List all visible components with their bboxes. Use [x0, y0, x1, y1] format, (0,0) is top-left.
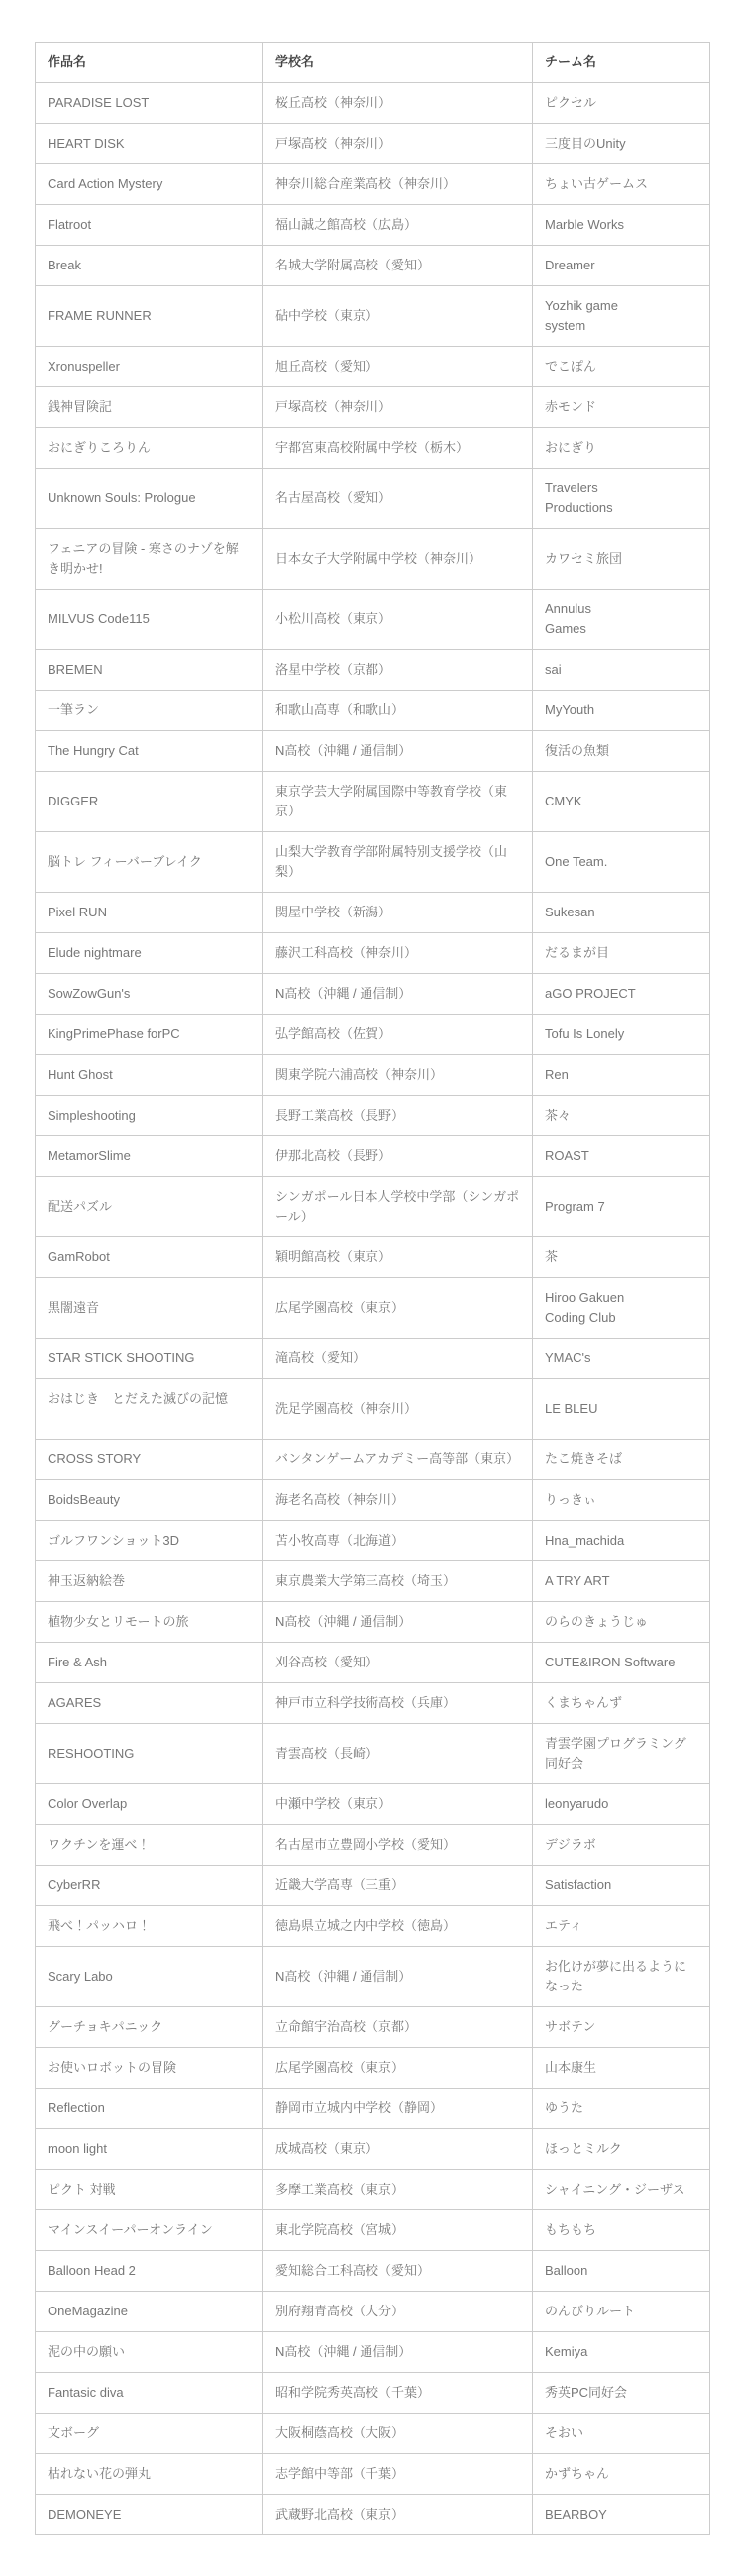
work-cell: RESHOOTING: [36, 1724, 263, 1784]
team-cell: かずちゃん: [533, 2454, 710, 2495]
school-cell: 洗足学園高校（神奈川）: [263, 1379, 533, 1440]
table-row: PARADISE LOST桜丘高校（神奈川）ピクセル: [36, 83, 710, 124]
work-cell: 泥の中の願い: [36, 2332, 263, 2373]
work-cell: MILVUS Code115: [36, 590, 263, 650]
school-cell: N高校（沖縄 / 通信制）: [263, 974, 533, 1015]
school-cell: 福山誠之館高校（広島）: [263, 205, 533, 246]
school-cell: 青雲高校（長崎）: [263, 1724, 533, 1784]
school-cell: 昭和学院秀英高校（千葉）: [263, 2373, 533, 2414]
team-cell: LE BLEU: [533, 1379, 710, 1440]
team-cell: カワセミ旅団: [533, 529, 710, 590]
team-cell: MyYouth: [533, 691, 710, 731]
table-row: フェニアの冒険 - 寒さのナゾを解き明かせ!日本女子大学附属中学校（神奈川）カワ…: [36, 529, 710, 590]
school-cell: 弘学館高校（佐賀）: [263, 1015, 533, 1055]
team-cell: ほっとミルク: [533, 2129, 710, 2170]
school-cell: N高校（沖縄 / 通信制）: [263, 1602, 533, 1643]
team-cell: くまちゃんず: [533, 1683, 710, 1724]
work-cell: CyberRR: [36, 1866, 263, 1906]
school-cell: 徳島県立城之内中学校（徳島）: [263, 1906, 533, 1947]
table-row: 銭神冒険記戸塚高校（神奈川）赤モンド: [36, 387, 710, 428]
work-cell: Scary Labo: [36, 1947, 263, 2007]
team-cell: ゆうた: [533, 2089, 710, 2129]
team-cell: りっきぃ: [533, 1480, 710, 1521]
team-cell: ROAST: [533, 1136, 710, 1177]
team-cell: たこ焼きそば: [533, 1440, 710, 1480]
table-row: BREMEN洛星中学校（京都）sai: [36, 650, 710, 691]
team-cell: Annulus Games: [533, 590, 710, 650]
work-cell: お使いロボットの冒険: [36, 2048, 263, 2089]
team-cell: 赤モンド: [533, 387, 710, 428]
team-cell: sai: [533, 650, 710, 691]
work-cell: Elude nightmare: [36, 933, 263, 974]
work-cell: ピクト 対戦: [36, 2170, 263, 2210]
table-row: Pixel RUN関屋中学校（新潟）Sukesan: [36, 893, 710, 933]
school-cell: 広尾学園高校（東京）: [263, 2048, 533, 2089]
team-cell: aGO PROJECT: [533, 974, 710, 1015]
table-row: Elude nightmare藤沢工科高校（神奈川）だるまが目: [36, 933, 710, 974]
school-cell: 東北学院高校（宮城）: [263, 2210, 533, 2251]
table-row: The Hungry CatN高校（沖縄 / 通信制）復活の魚類: [36, 731, 710, 772]
school-cell: 砧中学校（東京）: [263, 286, 533, 347]
work-cell: HEART DISK: [36, 124, 263, 164]
table-row: Hunt Ghost関東学院六浦高校（神奈川）Ren: [36, 1055, 710, 1096]
team-cell: Kemiya: [533, 2332, 710, 2373]
table-row: 植物少女とリモートの旅N高校（沖縄 / 通信制）のらのきょうじゅ: [36, 1602, 710, 1643]
work-cell: Reflection: [36, 2089, 263, 2129]
table-row: MILVUS Code115小松川高校（東京）Annulus Games: [36, 590, 710, 650]
table-row: Simpleshooting長野工業高校（長野）茶々: [36, 1096, 710, 1136]
work-cell: マインスイーパーオンライン: [36, 2210, 263, 2251]
team-cell: A TRY ART: [533, 1561, 710, 1602]
table-row: ピクト 対戦多摩工業高校（東京）シャイニング・ジーザス: [36, 2170, 710, 2210]
work-cell: 銭神冒険記: [36, 387, 263, 428]
work-cell: Card Action Mystery: [36, 164, 263, 205]
work-cell: OneMagazine: [36, 2292, 263, 2332]
school-cell: 多摩工業高校（東京）: [263, 2170, 533, 2210]
team-cell: Hna_machida: [533, 1521, 710, 1561]
table-row: お使いロボットの冒険広尾学園高校（東京）山本康生: [36, 2048, 710, 2089]
table-row: CROSS STORYバンタンゲームアカデミー高等部（東京）たこ焼きそば: [36, 1440, 710, 1480]
table-row: 文ボーグ大阪桐蔭高校（大阪）そおい: [36, 2414, 710, 2454]
work-cell: The Hungry Cat: [36, 731, 263, 772]
school-cell: 山梨大学教育学部附属特別支援学校（山梨）: [263, 832, 533, 893]
table-row: MetamorSlime伊那北高校（長野）ROAST: [36, 1136, 710, 1177]
team-cell: One Team.: [533, 832, 710, 893]
school-cell: 海老名高校（神奈川）: [263, 1480, 533, 1521]
table-row: CyberRR近畿大学高専（三重）Satisfaction: [36, 1866, 710, 1906]
school-cell: 穎明館高校（東京）: [263, 1237, 533, 1278]
school-cell: 和歌山高専（和歌山）: [263, 691, 533, 731]
school-cell: 名古屋高校（愛知）: [263, 469, 533, 529]
table-row: AGARES神戸市立科学技術高校（兵庫）くまちゃんず: [36, 1683, 710, 1724]
work-cell: SowZowGun's: [36, 974, 263, 1015]
table-row: OneMagazine別府翔青高校（大分）のんびりルート: [36, 2292, 710, 2332]
team-cell: Yozhik game system: [533, 286, 710, 347]
work-cell: ワクチンを運べ！: [36, 1825, 263, 1866]
school-cell: 桜丘高校（神奈川）: [263, 83, 533, 124]
table-row: 泥の中の願いN高校（沖縄 / 通信制）Kemiya: [36, 2332, 710, 2373]
school-cell: 立命館宇治高校（京都）: [263, 2007, 533, 2048]
team-cell: Sukesan: [533, 893, 710, 933]
team-cell: のんびりルート: [533, 2292, 710, 2332]
work-cell: BREMEN: [36, 650, 263, 691]
work-cell: GamRobot: [36, 1237, 263, 1278]
work-cell: MetamorSlime: [36, 1136, 263, 1177]
table-row: Card Action Mystery神奈川総合産業高校（神奈川）ちょい古ゲーム…: [36, 164, 710, 205]
table-row: 神玉返納絵巻東京農業大学第三高校（埼玉）A TRY ART: [36, 1561, 710, 1602]
table-row: DIGGER東京学芸大学附属国際中等教育学校（東京）CMYK: [36, 772, 710, 832]
team-cell: おにぎり: [533, 428, 710, 469]
work-cell: Hunt Ghost: [36, 1055, 263, 1096]
team-cell: 三度目のUnity: [533, 124, 710, 164]
work-cell: DIGGER: [36, 772, 263, 832]
work-cell: Unknown Souls: Prologue: [36, 469, 263, 529]
school-cell: 長野工業高校（長野）: [263, 1096, 533, 1136]
work-cell: DEMONEYE: [36, 2495, 263, 2535]
work-cell: CROSS STORY: [36, 1440, 263, 1480]
work-cell: Fire & Ash: [36, 1643, 263, 1683]
school-cell: 日本女子大学附属中学校（神奈川）: [263, 529, 533, 590]
work-cell: Pixel RUN: [36, 893, 263, 933]
work-cell: Fantasic diva: [36, 2373, 263, 2414]
table-row: Flatroot福山誠之館高校（広島）Marble Works: [36, 205, 710, 246]
work-cell: 神玉返納絵巻: [36, 1561, 263, 1602]
work-cell: 飛べ！パッハロ！: [36, 1906, 263, 1947]
school-cell: 東京学芸大学附属国際中等教育学校（東京）: [263, 772, 533, 832]
team-cell: Balloon: [533, 2251, 710, 2292]
table-row: Balloon Head 2愛知総合工科高校（愛知）Balloon: [36, 2251, 710, 2292]
column-header-school: 学校名: [263, 43, 533, 83]
work-cell: 脳トレ フィーバーブレイク: [36, 832, 263, 893]
table-row: 枯れない花の弾丸志学館中等部（千葉）かずちゃん: [36, 2454, 710, 2495]
table-row: 飛べ！パッハロ！徳島県立城之内中学校（徳島）エティ: [36, 1906, 710, 1947]
team-cell: のらのきょうじゅ: [533, 1602, 710, 1643]
table-row: Reflection静岡市立城内中学校（静岡）ゆうた: [36, 2089, 710, 2129]
team-cell: だるまが目: [533, 933, 710, 974]
table-row: Scary LaboN高校（沖縄 / 通信制）お化けが夢に出るようになった: [36, 1947, 710, 2007]
table-row: ワクチンを運べ！名古屋市立豊岡小学校（愛知）デジラボ: [36, 1825, 710, 1866]
team-cell: 復活の魚類: [533, 731, 710, 772]
team-cell: シャイニング・ジーザス: [533, 2170, 710, 2210]
work-cell: moon light: [36, 2129, 263, 2170]
school-cell: 旭丘高校（愛知）: [263, 347, 533, 387]
team-cell: Tofu Is Lonely: [533, 1015, 710, 1055]
work-cell: FRAME RUNNER: [36, 286, 263, 347]
work-cell: Color Overlap: [36, 1784, 263, 1825]
school-cell: 静岡市立城内中学校（静岡）: [263, 2089, 533, 2129]
school-cell: 名城大学附属高校（愛知）: [263, 246, 533, 286]
team-cell: サボテン: [533, 2007, 710, 2048]
table-row: 脳トレ フィーバーブレイク山梨大学教育学部附属特別支援学校（山梨）One Tea…: [36, 832, 710, 893]
table-row: Break名城大学附属高校（愛知）Dreamer: [36, 246, 710, 286]
team-cell: デジラボ: [533, 1825, 710, 1866]
work-cell: グーチョキパニック: [36, 2007, 263, 2048]
table-row: STAR STICK SHOOTING滝高校（愛知）YMAC's: [36, 1339, 710, 1379]
table-row: Fantasic diva昭和学院秀英高校（千葉）秀英PC同好会: [36, 2373, 710, 2414]
table-row: 一筆ラン和歌山高専（和歌山）MyYouth: [36, 691, 710, 731]
table-row: moon light成城高校（東京）ほっとミルク: [36, 2129, 710, 2170]
school-cell: 名古屋市立豊岡小学校（愛知）: [263, 1825, 533, 1866]
school-cell: 成城高校（東京）: [263, 2129, 533, 2170]
table-row: FRAME RUNNER砧中学校（東京）Yozhik game system: [36, 286, 710, 347]
work-cell: おはじき とだえた滅びの記憶: [36, 1379, 263, 1440]
team-cell: ピクセル: [533, 83, 710, 124]
team-cell: 茶々: [533, 1096, 710, 1136]
column-header-team: チーム名: [533, 43, 710, 83]
work-cell: Simpleshooting: [36, 1096, 263, 1136]
work-cell: STAR STICK SHOOTING: [36, 1339, 263, 1379]
school-cell: 広尾学園高校（東京）: [263, 1278, 533, 1339]
work-cell: 黒闇遠音: [36, 1278, 263, 1339]
team-cell: Dreamer: [533, 246, 710, 286]
school-cell: 神奈川総合産業高校（神奈川）: [263, 164, 533, 205]
school-cell: N高校（沖縄 / 通信制）: [263, 2332, 533, 2373]
school-cell: 別府翔青高校（大分）: [263, 2292, 533, 2332]
team-cell: でこぽん: [533, 347, 710, 387]
work-cell: 配送パズル: [36, 1177, 263, 1237]
team-cell: Satisfaction: [533, 1866, 710, 1906]
school-cell: 中瀬中学校（東京）: [263, 1784, 533, 1825]
table-row: おはじき とだえた滅びの記憶 洗足学園高校（神奈川）LE BLEU: [36, 1379, 710, 1440]
table-row: GamRobot穎明館高校（東京）茶: [36, 1237, 710, 1278]
work-cell: 文ボーグ: [36, 2414, 263, 2454]
team-cell: そおい: [533, 2414, 710, 2454]
team-cell: 茶: [533, 1237, 710, 1278]
school-cell: 神戸市立科学技術高校（兵庫）: [263, 1683, 533, 1724]
header-row: 作品名 学校名 チーム名: [36, 43, 710, 83]
entries-table: 作品名 学校名 チーム名 PARADISE LOST桜丘高校（神奈川）ピクセルH…: [35, 42, 710, 2535]
school-cell: 戸塚高校（神奈川）: [263, 387, 533, 428]
school-cell: 宇都宮東高校附属中学校（栃木）: [263, 428, 533, 469]
table-row: Fire & Ash刈谷高校（愛知）CUTE&IRON Software: [36, 1643, 710, 1683]
team-cell: Program 7: [533, 1177, 710, 1237]
work-cell: KingPrimePhase forPC: [36, 1015, 263, 1055]
work-cell: PARADISE LOST: [36, 83, 263, 124]
work-cell: おにぎりころりん: [36, 428, 263, 469]
table-header: 作品名 学校名 チーム名: [36, 43, 710, 83]
work-cell: フェニアの冒険 - 寒さのナゾを解き明かせ!: [36, 529, 263, 590]
school-cell: 大阪桐蔭高校（大阪）: [263, 2414, 533, 2454]
table-row: おにぎりころりん宇都宮東高校附属中学校（栃木）おにぎり: [36, 428, 710, 469]
table-row: 黒闇遠音広尾学園高校（東京）Hiroo Gakuen Coding Club: [36, 1278, 710, 1339]
work-cell: 植物少女とリモートの旅: [36, 1602, 263, 1643]
work-cell: Break: [36, 246, 263, 286]
team-cell: Hiroo Gakuen Coding Club: [533, 1278, 710, 1339]
school-cell: 近畿大学高専（三重）: [263, 1866, 533, 1906]
table-row: Unknown Souls: Prologue名古屋高校（愛知）Traveler…: [36, 469, 710, 529]
work-cell: Xronuspeller: [36, 347, 263, 387]
table-row: ゴルフワンショット3D苫小牧高専（北海道）Hna_machida: [36, 1521, 710, 1561]
team-cell: 青雲学園プログラミング同好会: [533, 1724, 710, 1784]
school-cell: 東京農業大学第三高校（埼玉）: [263, 1561, 533, 1602]
table-row: Xronuspeller旭丘高校（愛知）でこぽん: [36, 347, 710, 387]
school-cell: N高校（沖縄 / 通信制）: [263, 731, 533, 772]
table-row: BoidsBeauty海老名高校（神奈川）りっきぃ: [36, 1480, 710, 1521]
team-cell: ちょい古ゲームス: [533, 164, 710, 205]
work-cell: 一筆ラン: [36, 691, 263, 731]
table-row: SowZowGun'sN高校（沖縄 / 通信制）aGO PROJECT: [36, 974, 710, 1015]
team-cell: YMAC's: [533, 1339, 710, 1379]
table-row: HEART DISK戸塚高校（神奈川）三度目のUnity: [36, 124, 710, 164]
work-cell: 枯れない花の弾丸: [36, 2454, 263, 2495]
school-cell: 愛知総合工科高校（愛知）: [263, 2251, 533, 2292]
team-cell: Marble Works: [533, 205, 710, 246]
school-cell: 志学館中等部（千葉）: [263, 2454, 533, 2495]
school-cell: 藤沢工科高校（神奈川）: [263, 933, 533, 974]
work-cell: BoidsBeauty: [36, 1480, 263, 1521]
school-cell: N高校（沖縄 / 通信制）: [263, 1947, 533, 2007]
table-row: DEMONEYE武蔵野北高校（東京）BEARBOY: [36, 2495, 710, 2535]
school-cell: 関屋中学校（新潟）: [263, 893, 533, 933]
team-cell: 山本康生: [533, 2048, 710, 2089]
team-cell: お化けが夢に出るようになった: [533, 1947, 710, 2007]
team-cell: CUTE&IRON Software: [533, 1643, 710, 1683]
school-cell: バンタンゲームアカデミー高等部（東京）: [263, 1440, 533, 1480]
table-body: PARADISE LOST桜丘高校（神奈川）ピクセルHEART DISK戸塚高校…: [36, 83, 710, 2535]
school-cell: 伊那北高校（長野）: [263, 1136, 533, 1177]
table-row: グーチョキパニック立命館宇治高校（京都）サボテン: [36, 2007, 710, 2048]
school-cell: 苫小牧高専（北海道）: [263, 1521, 533, 1561]
school-cell: 戸塚高校（神奈川）: [263, 124, 533, 164]
school-cell: 小松川高校（東京）: [263, 590, 533, 650]
team-cell: もちもち: [533, 2210, 710, 2251]
work-cell: Flatroot: [36, 205, 263, 246]
school-cell: 関東学院六浦高校（神奈川）: [263, 1055, 533, 1096]
table-row: RESHOOTING青雲高校（長崎）青雲学園プログラミング同好会: [36, 1724, 710, 1784]
team-cell: Travelers Productions: [533, 469, 710, 529]
table-row: KingPrimePhase forPC弘学館高校（佐賀）Tofu Is Lon…: [36, 1015, 710, 1055]
table-row: 配送パズルシンガポール日本人学校中学部（シンガポール）Program 7: [36, 1177, 710, 1237]
team-cell: エティ: [533, 1906, 710, 1947]
school-cell: 刈谷高校（愛知）: [263, 1643, 533, 1683]
team-cell: BEARBOY: [533, 2495, 710, 2535]
column-header-work: 作品名: [36, 43, 263, 83]
team-cell: Ren: [533, 1055, 710, 1096]
work-cell: AGARES: [36, 1683, 263, 1724]
page: 作品名 学校名 チーム名 PARADISE LOST桜丘高校（神奈川）ピクセルH…: [0, 0, 733, 2576]
team-cell: 秀英PC同好会: [533, 2373, 710, 2414]
school-cell: 洛星中学校（京都）: [263, 650, 533, 691]
table-row: マインスイーパーオンライン東北学院高校（宮城）もちもち: [36, 2210, 710, 2251]
table-row: Color Overlap中瀬中学校（東京）leonyarudo: [36, 1784, 710, 1825]
school-cell: シンガポール日本人学校中学部（シンガポール）: [263, 1177, 533, 1237]
work-cell: ゴルフワンショット3D: [36, 1521, 263, 1561]
school-cell: 滝高校（愛知）: [263, 1339, 533, 1379]
work-cell: Balloon Head 2: [36, 2251, 263, 2292]
team-cell: CMYK: [533, 772, 710, 832]
team-cell: leonyarudo: [533, 1784, 710, 1825]
school-cell: 武蔵野北高校（東京）: [263, 2495, 533, 2535]
